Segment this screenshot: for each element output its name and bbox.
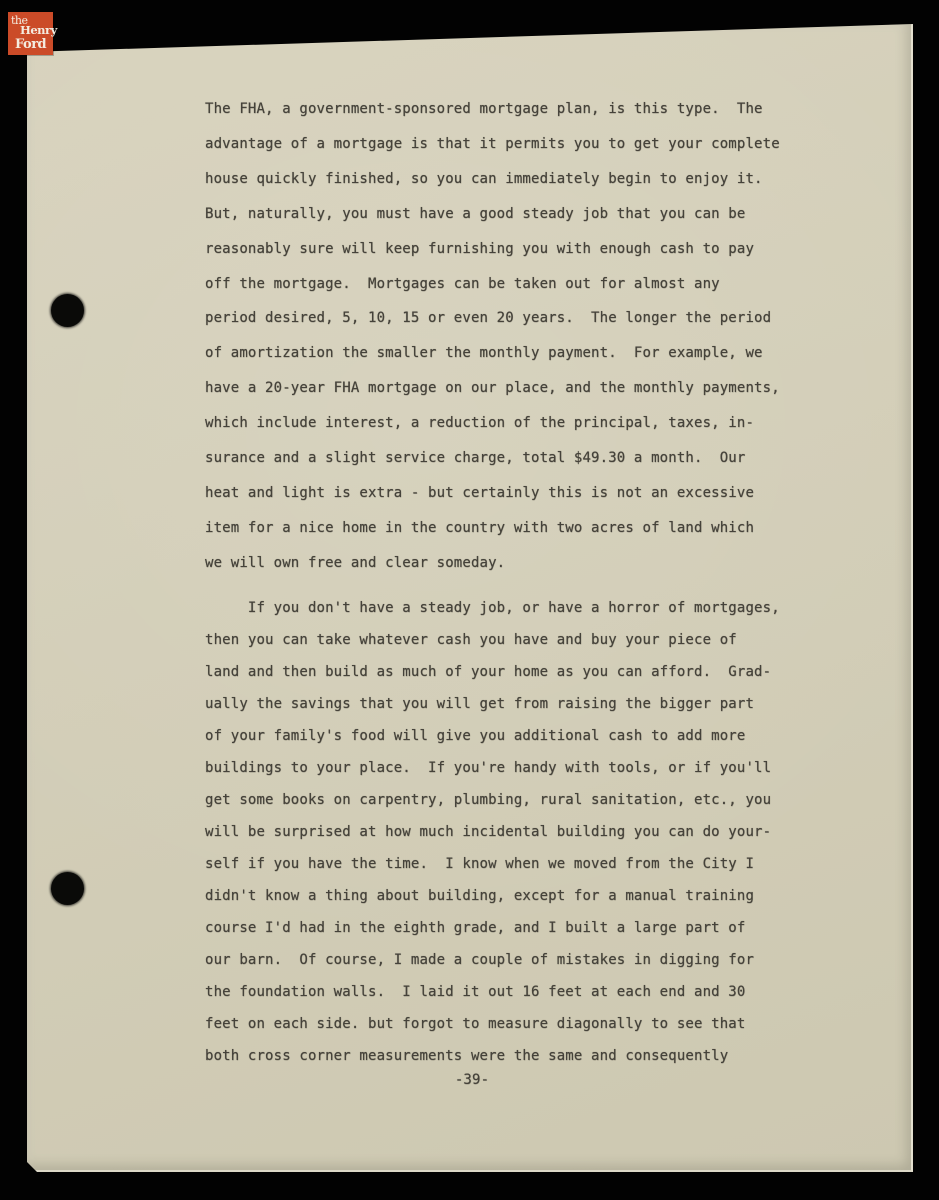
page-number: -39- [437, 1070, 507, 1090]
paragraph-build-yourself: If you don't have a steady job, or have … [205, 592, 780, 1072]
logo-word-ford: Ford [15, 38, 46, 51]
hole-punch-top [51, 294, 84, 327]
paragraph-mortgage: The FHA, a government-sponsored mortgage… [205, 92, 780, 581]
hole-punch-bottom [51, 872, 84, 905]
logo-word-henry: Henry [20, 25, 57, 37]
scan-background: The FHA, a government-sponsored mortgage… [0, 0, 939, 1200]
henry-ford-logo: the Henry Ford [8, 12, 53, 55]
document-page: The FHA, a government-sponsored mortgage… [27, 24, 913, 1172]
